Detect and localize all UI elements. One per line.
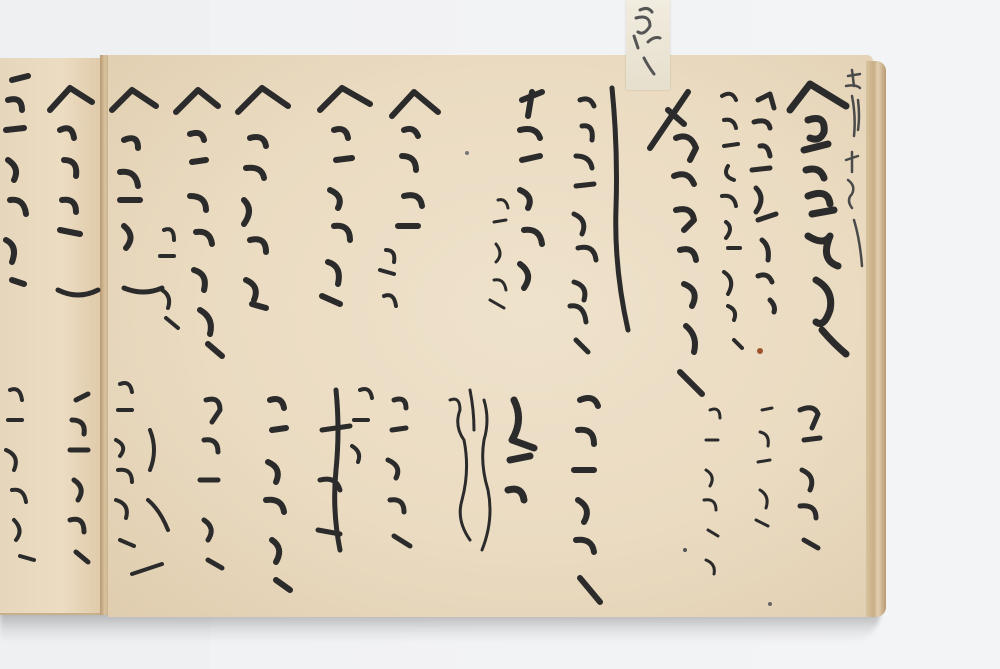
upper-register-right — [650, 84, 846, 394]
left-page-writing — [6, 76, 92, 562]
marginal-note — [846, 70, 862, 266]
lower-register — [116, 383, 820, 602]
middle-columns — [490, 88, 628, 352]
handwritten-text — [0, 0, 1000, 669]
upper-register-left — [58, 88, 438, 356]
stains — [465, 151, 772, 606]
tab-writing — [634, 8, 660, 74]
